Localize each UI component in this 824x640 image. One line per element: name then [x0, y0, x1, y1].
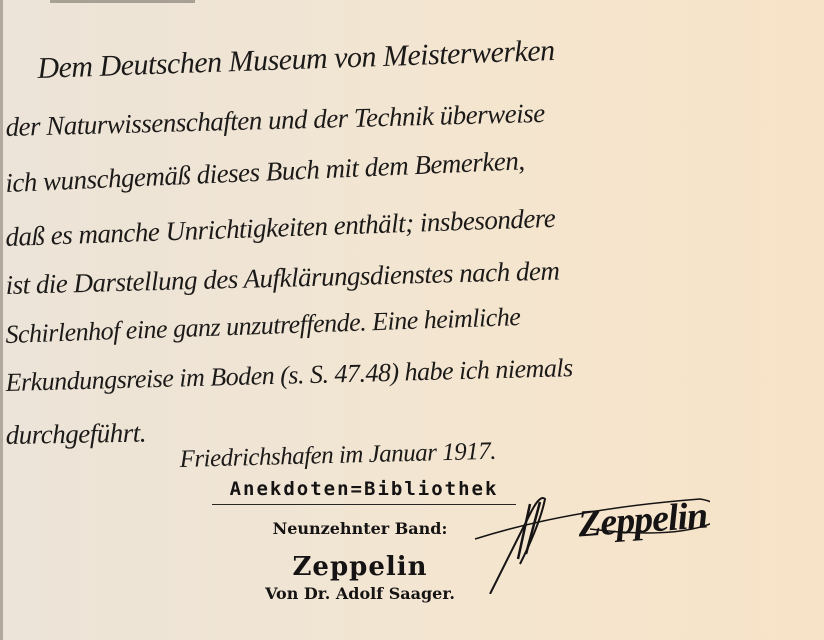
- handwriting-line-8: durchgeführt.: [5, 418, 146, 451]
- handwriting-line-6: Schirlenhof eine ganz unzutreffende. Ein…: [5, 302, 521, 350]
- handwriting-line-5: ist die Darstellung des Aufklärungsdiens…: [5, 256, 560, 301]
- date-line: Friedrichshafen im Januar 1917.: [179, 438, 496, 474]
- handwriting-line-1: Dem Deutschen Museum von Meisterwerken: [37, 34, 555, 86]
- handwriting-line-3: ich wunschgemäß dieses Buch mit dem Beme…: [5, 145, 525, 199]
- signature-text: Zeppelin: [577, 494, 709, 547]
- book-page: Dem Deutschen Museum von Meisterwerken d…: [0, 0, 824, 640]
- signature: Zeppelin: [500, 494, 740, 574]
- handwriting-line-7: Erkundungsreise im Boden (s. S. 47.48) h…: [5, 353, 573, 398]
- handwriting-line-4: daß es manche Unrichtigkeiten enthält; i…: [5, 203, 556, 253]
- handwriting-line-2: der Naturwissenschaften und der Technik …: [5, 98, 545, 143]
